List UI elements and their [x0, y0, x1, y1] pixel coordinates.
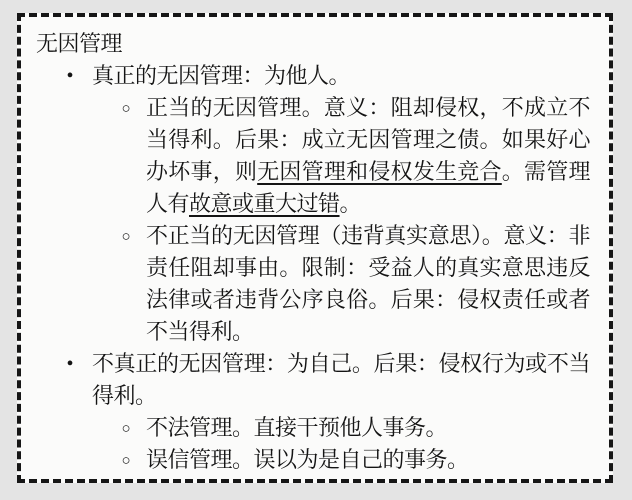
list-item: ○ 正当的无因管理。意义：阻却侵权，不成立不当得利。后果：成立无因管理之债。如果… — [36, 92, 590, 220]
circle-bullet-icon: ○ — [114, 413, 138, 445]
dashed-border-note-card: 无因管理 • 真正的无因管理：为他人。 ○ 正当的无因管理。意义：阻却侵权，不成… — [17, 13, 613, 483]
note-content: 无因管理 • 真正的无因管理：为他人。 ○ 正当的无因管理。意义：阻却侵权，不成… — [21, 17, 609, 476]
photo-background: { "colors": { "bg_outer": "#e4e4e4", "bg… — [0, 0, 632, 500]
list-item: • 不真正的无因管理：为自己。后果：侵权行为或不当得利。 — [36, 348, 590, 412]
text-run: 真正的无因管理：为他人。 — [92, 63, 350, 88]
text-run: 不法管理。直接干预他人事务。 — [146, 415, 447, 440]
bullet-icon: • — [58, 348, 82, 380]
list-item: ○ 误信管理。误以为是自己的事务。 — [36, 444, 590, 476]
bullet-icon: • — [58, 60, 82, 92]
list-item-text: 不正当的无因管理（违背真实意思）。意义：非责任阻却事由。限制：受益人的真实意思违… — [146, 220, 590, 348]
list-item-text: 不法管理。直接干预他人事务。 — [146, 412, 590, 444]
circle-bullet-icon: ○ — [114, 93, 138, 125]
underlined-text-run: 故意或重大过错 — [189, 191, 340, 216]
text-run: 不正当的无因管理（违背真实意思）。意义：非责任阻却事由。限制：受益人的真实意思违… — [146, 223, 590, 344]
text-run: 。 — [340, 191, 362, 216]
list-item: • 真正的无因管理：为他人。 — [36, 60, 590, 92]
page-title: 无因管理 — [36, 28, 590, 60]
circle-bullet-icon: ○ — [114, 445, 138, 477]
text-run: 误信管理。误以为是自己的事务。 — [146, 447, 469, 472]
circle-bullet-icon: ○ — [114, 221, 138, 253]
list-item: ○ 不正当的无因管理（违背真实意思）。意义：非责任阻却事由。限制：受益人的真实意… — [36, 220, 590, 348]
list-item: ○ 不法管理。直接干预他人事务。 — [36, 412, 590, 444]
underlined-text-run: 无因管理和侵权发生竞合 — [257, 159, 502, 184]
list-item-text: 不真正的无因管理：为自己。后果：侵权行为或不当得利。 — [92, 348, 590, 412]
list-item-text: 正当的无因管理。意义：阻却侵权，不成立不当得利。后果：成立无因管理之债。如果好心… — [146, 92, 590, 220]
list-item-text: 误信管理。误以为是自己的事务。 — [146, 444, 590, 476]
text-run: 不真正的无因管理：为自己。后果：侵权行为或不当得利。 — [92, 351, 590, 408]
list-item-text: 真正的无因管理：为他人。 — [92, 60, 590, 92]
